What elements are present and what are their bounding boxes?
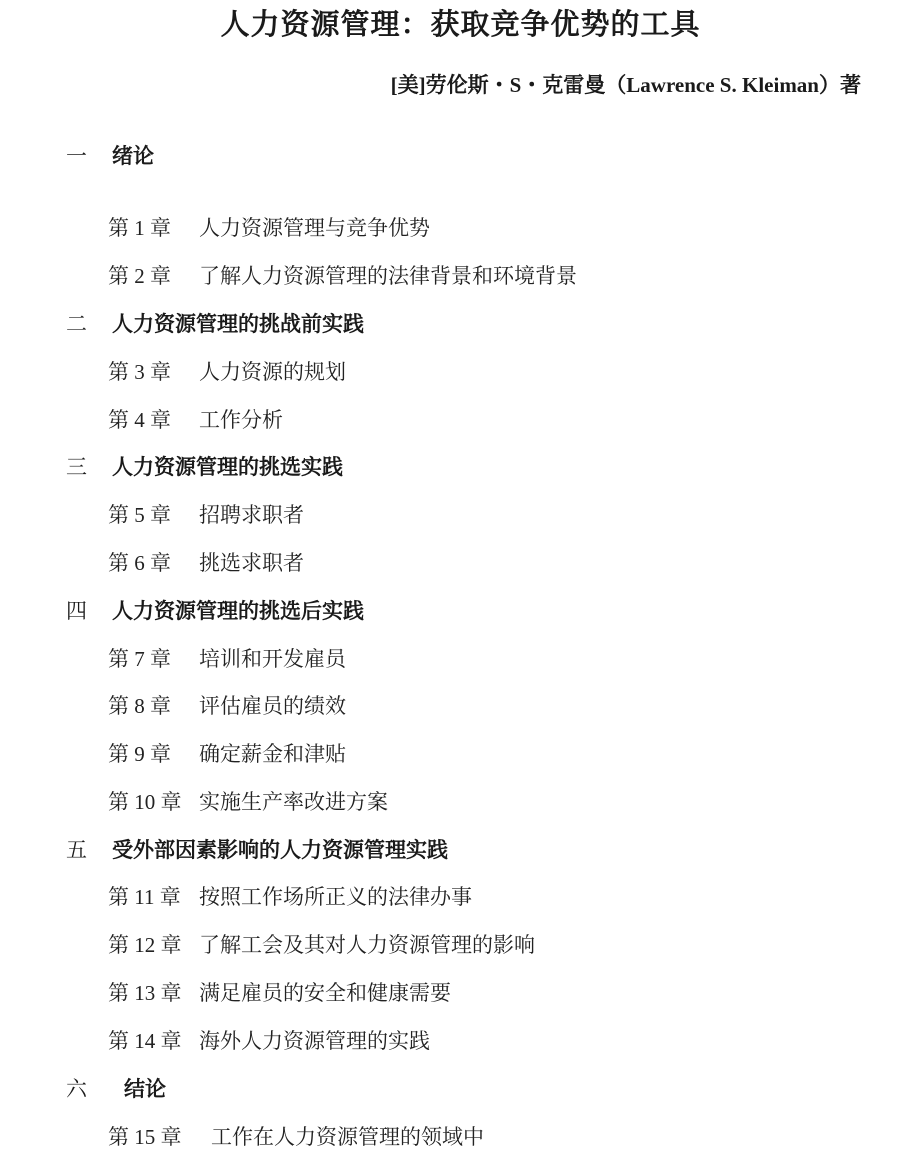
chapter-title: 培训和开发雇员 — [199, 643, 346, 675]
part-title: 结论 — [124, 1073, 166, 1105]
part-number: 二 — [66, 308, 87, 340]
chapter-number: 第 8 章 — [108, 690, 171, 722]
chapter-title: 挑选求职者 — [199, 547, 304, 579]
part-title: 绪论 — [112, 140, 154, 172]
chapter-number: 第 6 章 — [108, 547, 171, 579]
chapter-title: 人力资源的规划 — [199, 356, 346, 388]
chapter-title: 确定薪金和津贴 — [199, 738, 346, 770]
part-number: 一 — [66, 140, 87, 172]
chapter-number: 第 10 章 — [108, 786, 182, 818]
chapter-number: 第 4 章 — [108, 404, 171, 436]
part-number: 六 — [66, 1073, 87, 1105]
chapter-title: 评估雇员的绩效 — [199, 690, 346, 722]
chapter-title: 工作在人力资源管理的领域中 — [211, 1121, 484, 1153]
chapter-number: 第 12 章 — [108, 929, 182, 961]
chapter-number: 第 2 章 — [108, 260, 171, 292]
book-author: [美]劳伦斯・S・克雷曼（Lawrence S. Kleiman）著 — [391, 68, 861, 102]
chapter-title: 按照工作场所正义的法律办事 — [199, 881, 472, 913]
part-title: 受外部因素影响的人力资源管理实践 — [112, 834, 448, 866]
chapter-number: 第 15 章 — [108, 1121, 182, 1153]
chapter-title: 人力资源管理与竞争优势 — [199, 212, 430, 244]
chapter-number: 第 3 章 — [108, 356, 171, 388]
part-title: 人力资源管理的挑选实践 — [112, 451, 343, 483]
chapter-number: 第 5 章 — [108, 499, 171, 531]
chapter-title: 招聘求职者 — [199, 499, 304, 531]
book-title: 人力资源管理：获取竞争优势的工具 — [0, 4, 921, 44]
chapter-number: 第 1 章 — [108, 212, 171, 244]
chapter-title: 了解人力资源管理的法律背景和环境背景 — [199, 260, 577, 292]
chapter-title: 满足雇员的安全和健康需要 — [199, 977, 451, 1009]
part-title: 人力资源管理的挑战前实践 — [112, 308, 364, 340]
chapter-number: 第 9 章 — [108, 738, 171, 770]
chapter-number: 第 14 章 — [108, 1025, 182, 1057]
chapter-title: 了解工会及其对人力资源管理的影响 — [199, 929, 535, 961]
part-number: 四 — [66, 595, 87, 627]
part-number: 五 — [66, 834, 87, 866]
chapter-number: 第 7 章 — [108, 643, 171, 675]
part-number: 三 — [66, 451, 87, 483]
part-title: 人力资源管理的挑选后实践 — [112, 595, 364, 627]
chapter-title: 海外人力资源管理的实践 — [199, 1025, 430, 1057]
chapter-number: 第 11 章 — [108, 881, 181, 913]
chapter-title: 工作分析 — [199, 404, 283, 436]
chapter-title: 实施生产率改进方案 — [199, 786, 388, 818]
chapter-number: 第 13 章 — [108, 977, 182, 1009]
